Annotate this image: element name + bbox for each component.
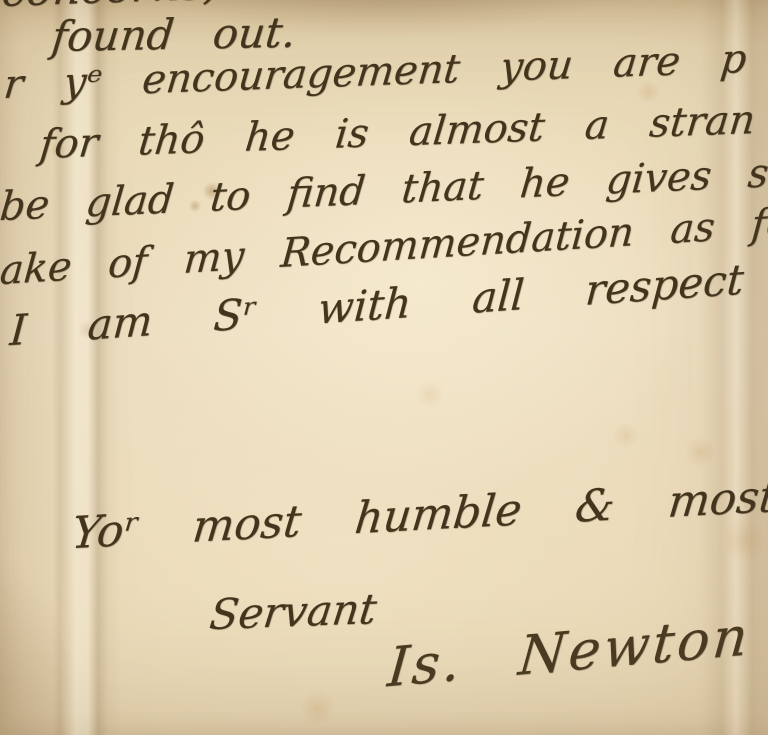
closing-line-humble-servant: Yoʳ most humble & most ob — [69, 465, 768, 559]
signature-is-newton: Is. Newton — [385, 604, 753, 699]
stray-period: . — [24, 176, 37, 222]
closing-line-servant: Servant — [207, 584, 379, 639]
letter-scan: concerns, found out. r yᵉ encouragement … — [0, 0, 768, 735]
